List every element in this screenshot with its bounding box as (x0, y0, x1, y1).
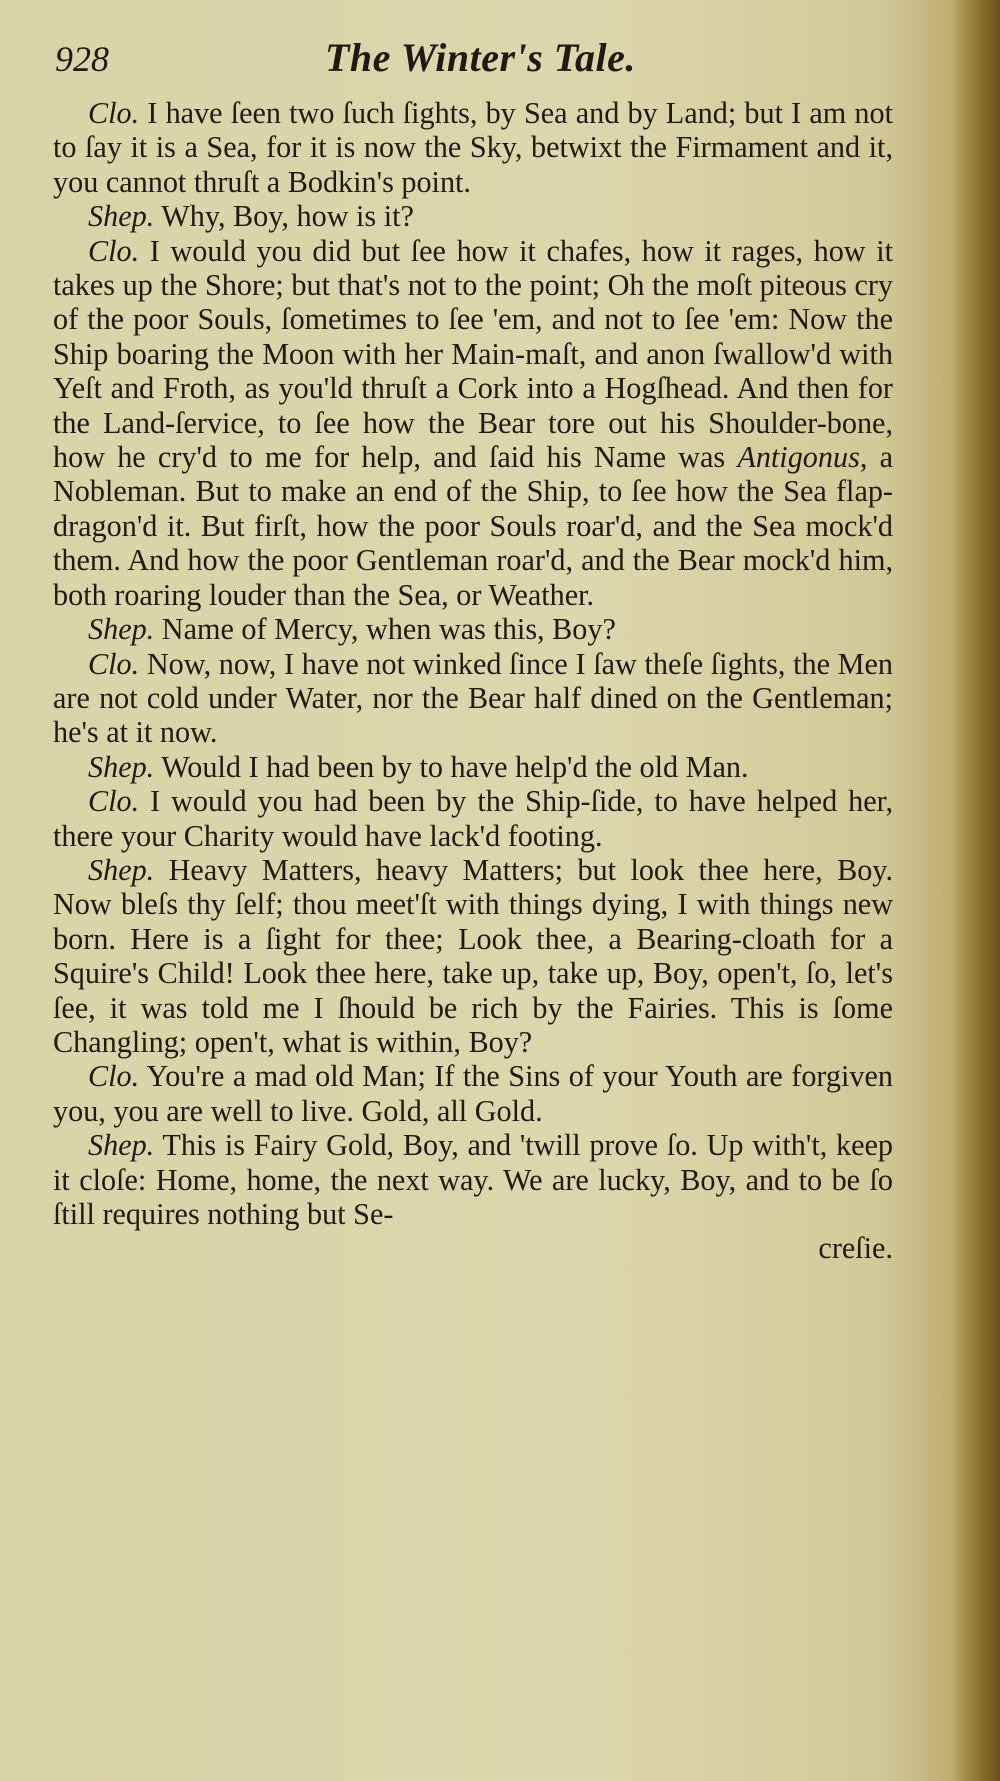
speaker-label: Shep. (88, 853, 154, 887)
page-header: 928 The Winter's Tale. (55, 28, 935, 88)
speech-text: You're a mad old Man; If the Sins of you… (53, 1059, 893, 1127)
speaker-label: Clo. (88, 784, 139, 818)
speech-paragraph: Shep. Name of Mercy, when was this, Boy? (53, 612, 893, 646)
speech-paragraph: Clo. Now, now, I have not winked ſince I… (53, 647, 893, 750)
speech-text: Would I had been by to have help'd the o… (154, 750, 748, 784)
speech-paragraph: Shep. Would I had been by to have help'd… (53, 750, 893, 784)
book-page: 928 The Winter's Tale. Clo. I have ſeen … (0, 0, 1000, 1781)
page-number: 928 (55, 38, 109, 80)
character-name: Antigonus (737, 440, 859, 474)
speech-text: I have ſeen two ſuch ſights, by Sea and … (53, 96, 893, 199)
speech-text: I would you did but ſee how it chafes, h… (53, 234, 893, 474)
catchword: creſie. (53, 1231, 893, 1265)
speech-text: This is Fairy Gold, Boy, and 'twill prov… (53, 1128, 893, 1231)
speech-paragraph: Clo. I would you did but ſee how it chaf… (53, 234, 893, 612)
speech-text: Name of Mercy, when was this, Boy? (154, 612, 616, 646)
body-text: Clo. I have ſeen two ſuch ſights, by Sea… (53, 96, 893, 1266)
speech-paragraph: Clo. I would you had been by the Ship-ſi… (53, 784, 893, 853)
speaker-label: Shep. (88, 1128, 154, 1162)
speech-text: Heavy Matters, heavy Matters; but look t… (53, 853, 893, 1059)
speech-text: Why, Boy, how is it? (154, 199, 414, 233)
speaker-label: Clo. (88, 234, 139, 268)
speech-paragraph: Clo. I have ſeen two ſuch ſights, by Sea… (53, 96, 893, 199)
speech-paragraph: Shep. This is Fairy Gold, Boy, and 'twil… (53, 1128, 893, 1231)
speech-text: Now, now, I have not winked ſince I ſaw … (53, 647, 893, 750)
speaker-label: Shep. (88, 199, 154, 233)
speech-paragraph: Clo. You're a mad old Man; If the Sins o… (53, 1059, 893, 1128)
speech-text: I would you had been by the Ship-ſide, t… (53, 784, 893, 852)
speaker-label: Shep. (88, 612, 154, 646)
speaker-label: Clo. (88, 1059, 139, 1093)
speech-paragraph: Shep. Why, Boy, how is it? (53, 199, 893, 233)
speaker-label: Clo. (88, 96, 139, 130)
speaker-label: Shep. (88, 750, 154, 784)
speaker-label: Clo. (88, 647, 139, 681)
running-title: The Winter's Tale. (325, 34, 636, 81)
speech-paragraph: Shep. Heavy Matters, heavy Matters; but … (53, 853, 893, 1059)
